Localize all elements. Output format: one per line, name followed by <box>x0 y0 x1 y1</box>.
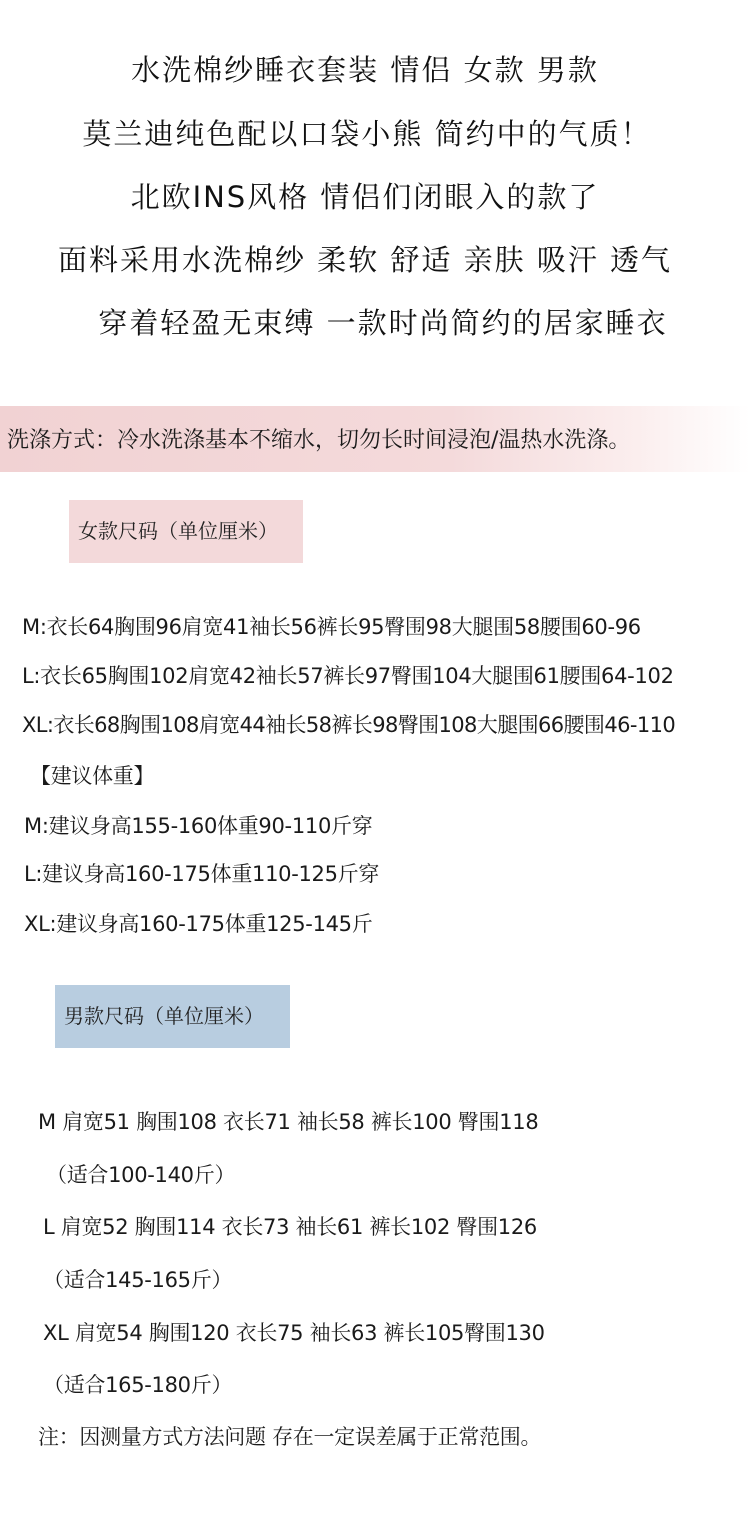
female-size-l: L:衣长65胸围102肩宽42袖长57裤长97臀围104大腿围61腰围64-10… <box>22 660 674 690</box>
washing-instructions: 洗涤方式：冷水洗涤基本不缩水，切勿长时间浸泡/温热水洗涤。 <box>7 423 630 454</box>
weight-section-title: 【建议体重】 <box>30 760 154 790</box>
female-weight-m: M:建议身高155-160体重90-110斤穿 <box>24 810 372 840</box>
male-fit-xl: （适合165-180斤） <box>43 1369 232 1399</box>
headline-style: 北欧INS风格 情侣们闭眼入的款了 <box>0 175 740 216</box>
female-weight-l: L:建议身高160-175体重110-125斤穿 <box>24 858 379 888</box>
female-weight-xl: XL:建议身高160-175体重125-145斤 <box>24 908 372 938</box>
measurement-note: 注：因测量方式方法问题 存在一定误差属于正常范围。 <box>38 1421 541 1451</box>
female-size-tag: 女款尺码（单位厘米） <box>69 500 303 563</box>
male-size-m: M 肩宽51 胸围108 衣长71 袖长58 裤长100 臀围118 <box>38 1106 538 1136</box>
headline-fabric: 面料采用水洗棉纱 柔软 舒适 亲肤 吸汗 透气 <box>0 238 740 279</box>
female-size-xl: XL:衣长68胸围108肩宽44袖长58裤长98臀围108大腿围66腰围46-1… <box>22 709 675 739</box>
headline-color: 莫兰迪纯色配以口袋小熊 简约中的气质！ <box>0 112 742 153</box>
male-fit-l: （适合145-165斤） <box>43 1264 232 1294</box>
male-size-tag: 男款尺码（单位厘米） <box>55 985 290 1048</box>
headline-title: 水洗棉纱睡衣套装 情侣 女款 男款 <box>0 48 740 89</box>
male-size-xl: XL 肩宽54 胸围120 衣长75 袖长63 裤长105臀围130 <box>43 1317 545 1347</box>
headline-comfort: 穿着轻盈无束缚 一款时尚简约的居家睡衣 <box>8 301 750 342</box>
male-size-l: L 肩宽52 胸围114 衣长73 袖长61 裤长102 臀围126 <box>43 1211 537 1241</box>
female-size-m: M:衣长64胸围96肩宽41袖长56裤长95臀围98大腿围58腰围60-96 <box>22 611 641 641</box>
male-fit-m: （适合100-140斤） <box>46 1159 235 1189</box>
